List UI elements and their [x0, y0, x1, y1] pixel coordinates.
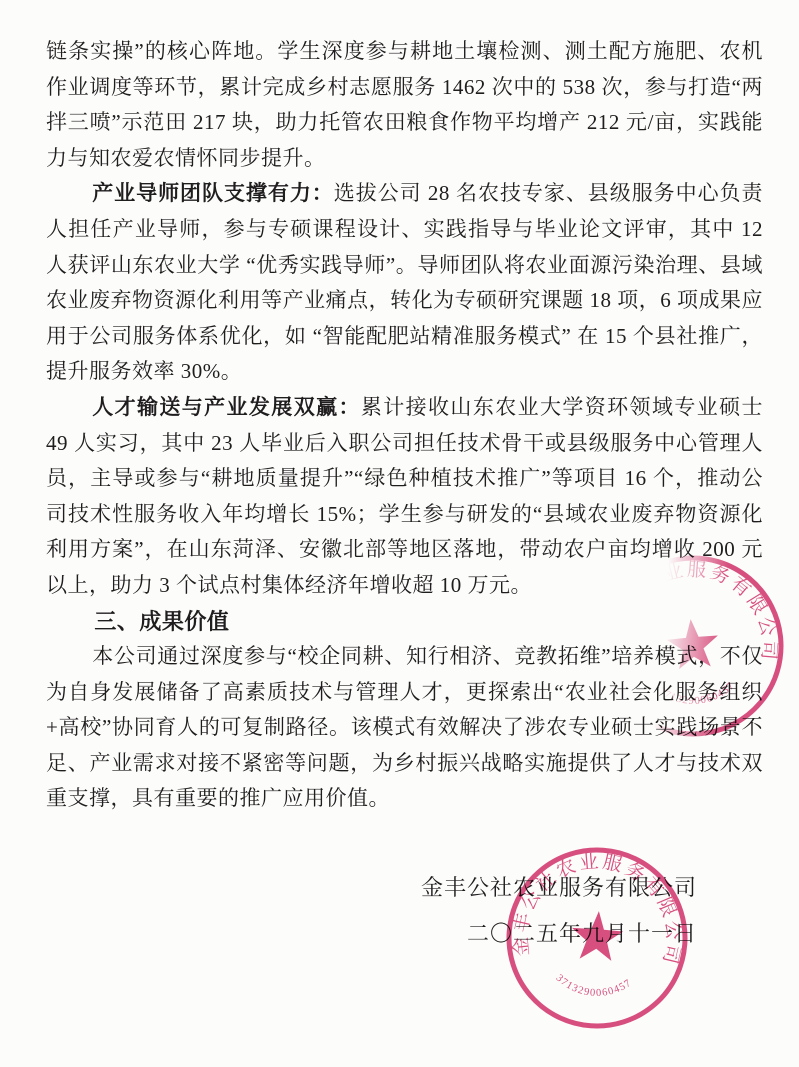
paragraph-talent-winwin: 人才输送与产业发展双赢：累计接收山东农业大学资环领域专业硕士 49 人实习，其中… — [46, 390, 763, 604]
section-heading: 三、成果价值 — [46, 604, 763, 640]
signature-date: 二〇二五年九月十一日 — [46, 911, 697, 957]
seal-number-text: 3713290060457 — [553, 972, 635, 1001]
paragraph-conclusion: 本公司通过深度参与“校企同耕、知行相济、竞教拓维”培养模式，不仅为自身发展储备了… — [46, 639, 763, 817]
document-body: 链条实操”的核心阵地。学生深度参与耕地土壤检测、测土配方施肥、农机作业调度等环节… — [46, 34, 763, 957]
paragraph-text: 链条实操”的核心阵地。学生深度参与耕地土壤检测、测土配方施肥、农机作业调度等环节… — [46, 39, 763, 170]
paragraph-mentor-team: 产业导师团队支撑有力：选拔公司 28 名农技专家、县级服务中心负责人担任产业导师… — [46, 176, 763, 390]
paragraph-text: 选拔公司 28 名农技专家、县级服务中心负责人担任产业导师，参与专硕课程设计、实… — [46, 181, 763, 383]
scanned-document-page: 链条实操”的核心阵地。学生深度参与耕地土壤检测、测土配方施肥、农机作业调度等环节… — [0, 0, 799, 1067]
signature-block: 金丰公社农业服务有限公司 二〇二五年九月十一日 — [46, 865, 763, 957]
paragraph-text: 本公司通过深度参与“校企同耕、知行相济、竞教拓维”培养模式，不仅为自身发展储备了… — [46, 644, 763, 810]
paragraph-continuation: 链条实操”的核心阵地。学生深度参与耕地土壤检测、测土配方施肥、农机作业调度等环节… — [46, 34, 763, 176]
paragraph-bold-lead: 产业导师团队支撑有力： — [92, 182, 334, 205]
signature-company-name: 金丰公社农业服务有限公司 — [46, 865, 697, 911]
paragraph-bold-lead: 人才输送与产业发展双赢： — [92, 396, 361, 419]
paragraph-text: 累计接收山东农业大学资环领域专业硕士 49 人实习，其中 23 人毕业后入职公司… — [46, 395, 763, 597]
